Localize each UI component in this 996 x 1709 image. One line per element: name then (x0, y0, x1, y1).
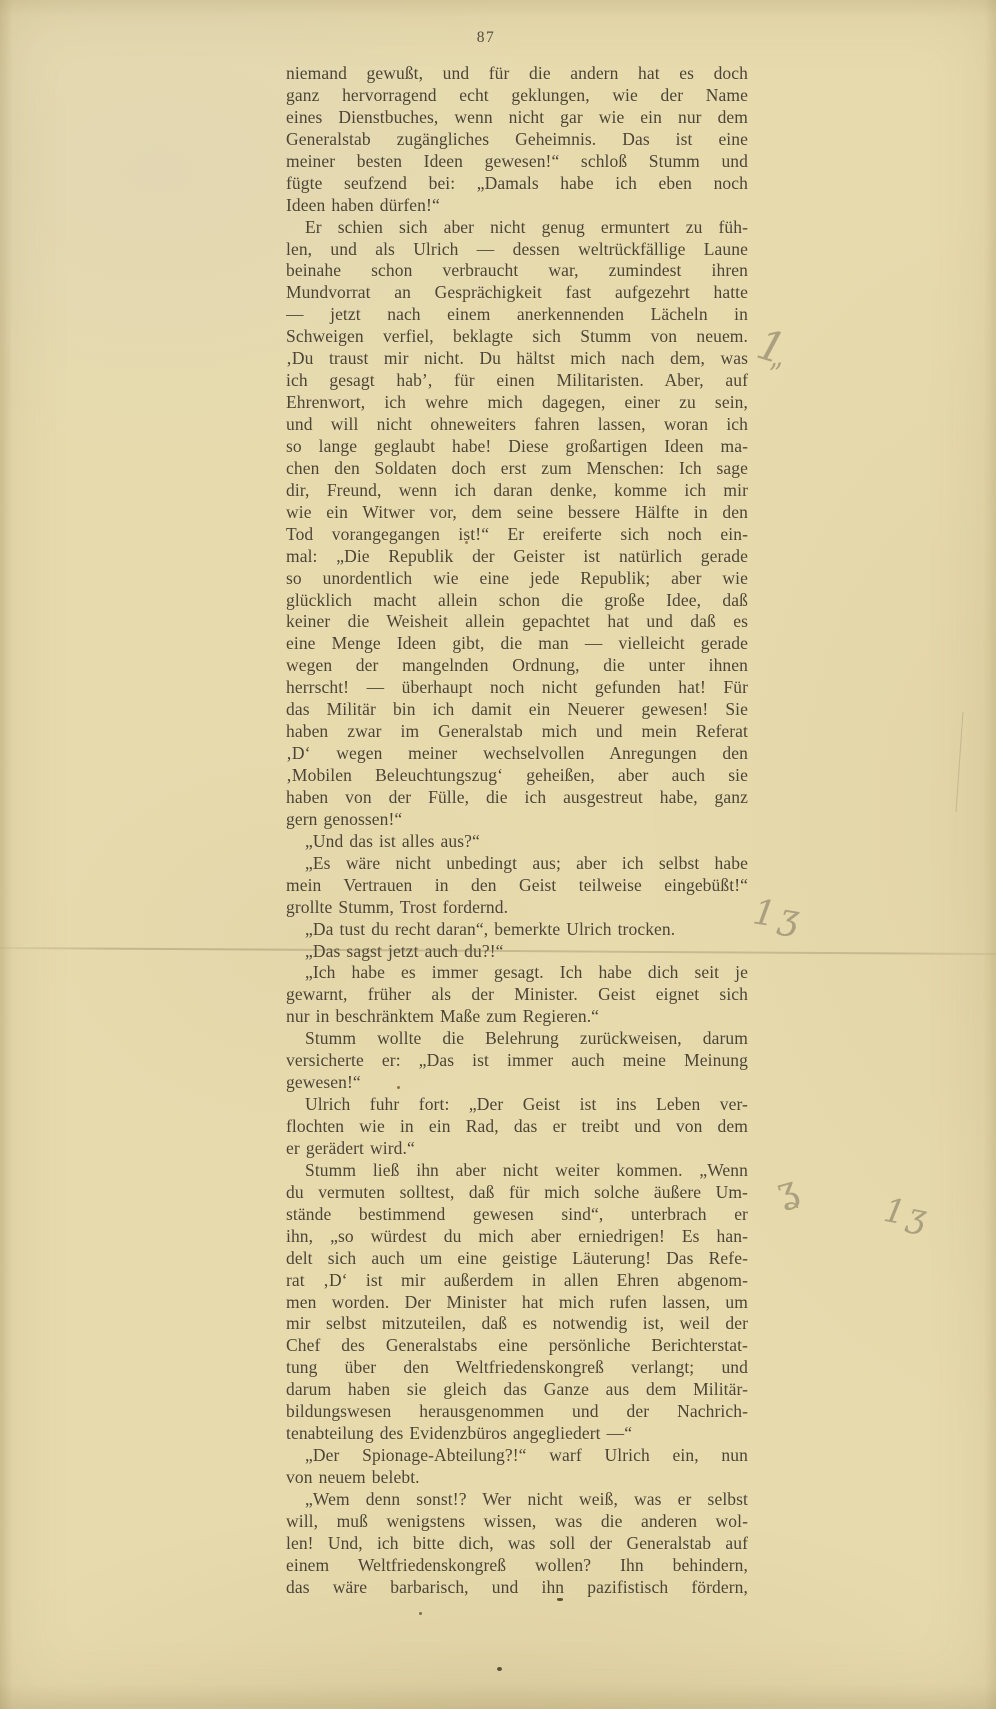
text-line: „Und das ist alles aus?“ (286, 831, 748, 853)
text-line: ‚Mobilen Beleuchtungszug‘ geheißen, aber… (286, 765, 748, 787)
text-line: eine Menge Ideen gibt, die man — viellei… (286, 633, 748, 655)
text-line: „Ich habe es immer gesagt. Ich habe dich… (286, 962, 748, 984)
text-line: „Wem denn sonst!? Wer nicht weiß, was er… (286, 1489, 748, 1511)
text-line: — jetzt nach einem anerkennenden Lächeln… (286, 304, 748, 326)
text-line: „Es wäre nicht unbedingt aus; aber ich s… (286, 853, 748, 875)
text-block: niemand gewußt, und für die andern hat e… (286, 63, 748, 1599)
text-line: glücklich macht allein schon die große I… (286, 590, 748, 612)
text-line: will, muß wenigstens wissen, was die and… (286, 1511, 748, 1533)
text-line: keiner die Weisheit allein gepachtet hat… (286, 611, 748, 633)
text-line: meiner besten Ideen gewesen!“ schloß Stu… (286, 151, 748, 173)
pencil-mark-icon: 1 (751, 319, 791, 374)
text-line: Er schien sich aber nicht genug ermunter… (286, 217, 748, 239)
text-line: gewarnt, früher als der Minister. Geist … (286, 984, 748, 1006)
paper-scratch (956, 712, 964, 812)
text-line: flochten wie in ein Rad, das er treibt u… (286, 1116, 748, 1138)
text-line: mein Vertrauen in den Geist teilweise ei… (286, 875, 748, 897)
text-line: mal: „Die Republik der Geister ist natür… (286, 546, 748, 568)
text-line: „Der Spionage-Abteilung?!“ warf Ulrich e… (286, 1445, 748, 1467)
text-line: eines Dienstbuches, wenn nicht gar wie e… (286, 107, 748, 129)
text-line: Ideen haben dürfen!“ (286, 195, 748, 217)
scanned-book-page: { "page": { "number": "87", "paper_color… (0, 0, 996, 1709)
text-line: fügte seufzend bei: „Damals habe ich ebe… (286, 173, 748, 195)
text-line: tung über den Weltfriedenskongreß verlan… (286, 1357, 748, 1379)
text-line: Tod vorangegangen ist!“ Er ereiferte sic… (286, 524, 748, 546)
text-line: rat ‚D‘ ist mir außerdem in allen Ehren … (286, 1270, 748, 1292)
text-line: ihn, „so würdest du mich aber erniedrige… (286, 1226, 748, 1248)
text-line: chen den Soldaten doch erst zum Menschen… (286, 458, 748, 480)
text-line: so unordentlich wie eine jede Republik; … (286, 568, 748, 590)
text-line: Chef des Generalstabs eine persönliche B… (286, 1335, 748, 1357)
text-line: so lange geglaubt habe! Diese großartige… (286, 436, 748, 458)
text-line: len, und als Ulrich — dessen weltrückfäl… (286, 239, 748, 261)
pencil-mark-icon: ʓ (772, 1168, 803, 1213)
text-line: darum haben sie gleich das Ganze aus dem… (286, 1379, 748, 1401)
text-line: nur in beschränktem Maße zum Regieren.“ (286, 1006, 748, 1028)
text-line: das wäre barbarisch, und ihn pazifistisc… (286, 1577, 748, 1599)
text-line: er gerädert wird.“ (286, 1138, 748, 1160)
page-number: 87 (286, 29, 686, 47)
text-line: wegen der mangelnden Ordnung, die unter … (286, 655, 748, 677)
text-line: gern genossen!“ (286, 809, 748, 831)
text-line: haben von der Fülle, die ich ausgestreut… (286, 787, 748, 809)
text-line: und will nicht ohneweiters fahren lassen… (286, 414, 748, 436)
pencil-mark-icon: 1ʒ (750, 892, 806, 939)
text-line: beinahe schon verbraucht war, zumindest … (286, 260, 748, 282)
text-line: das Militär bin ich damit ein Neuerer ge… (286, 699, 748, 721)
text-line: „Das sagst jetzt auch du?!“ (286, 941, 748, 963)
pencil-mark-icon: „ (766, 339, 784, 373)
text-line: einem Weltfriedenskongreß wollen? Ihn be… (286, 1555, 748, 1577)
text-line: Stumm wollte die Belehrung zurückweisen,… (286, 1028, 748, 1050)
text-line: herrscht! — überhaupt noch nicht gefunde… (286, 677, 748, 699)
text-line: gewesen!“ (286, 1072, 748, 1094)
text-line: dir, Freund, wenn ich daran denke, komme… (286, 480, 748, 502)
text-line: Ulrich fuhr fort: „Der Geist ist ins Leb… (286, 1094, 748, 1116)
text-line: mir selbst mitzuteilen, daß es notwendig… (286, 1313, 748, 1335)
text-line: Mundvorrat an Gesprächigkeit fast aufgez… (286, 282, 748, 304)
text-line: Generalstab zugängliches Geheimnis. Das … (286, 129, 748, 151)
text-line: len! Und, ich bitte dich, was soll der G… (286, 1533, 748, 1555)
text-line: grollte Stumm, Trost fordernd. (286, 897, 748, 919)
text-line: bildungswesen herausgenommen und der Nac… (286, 1401, 748, 1423)
text-line: delt sich auch um eine geistige Läuterun… (286, 1248, 748, 1270)
text-line: wie ein Witwer vor, dem seine bessere Hä… (286, 502, 748, 524)
text-line: ‚D‘ wegen meiner wechselvollen Anregunge… (286, 743, 748, 765)
paper-speck (419, 1612, 422, 1615)
text-line: ich gesagt hab’, für einen Militaristen.… (286, 370, 748, 392)
text-line: tenabteilung des Evidenzbüros angegliede… (286, 1423, 748, 1445)
text-line: stände bestimmend gewesen sind“, unterbr… (286, 1204, 748, 1226)
text-line: „Da tust du recht daran“, bemerkte Ulric… (286, 919, 748, 941)
text-line: ganz hervorragend echt geklungen, wie de… (286, 85, 748, 107)
paper-speck (497, 1667, 502, 1671)
text-line: Stumm ließ ihn aber nicht weiter kommen.… (286, 1160, 748, 1182)
text-line: versicherte er: „Das ist immer auch mein… (286, 1050, 748, 1072)
text-line: Ehrenwort, ich wehre mich dagegen, einer… (286, 392, 748, 414)
text-line: haben zwar im Generalstab mich und mein … (286, 721, 748, 743)
text-line: ‚Du traust mir nicht. Du hältst mich nac… (286, 348, 748, 370)
text-line: niemand gewußt, und für die andern hat e… (286, 63, 748, 85)
text-line: Schweigen verfiel, beklagte sich Stumm v… (286, 326, 748, 348)
pencil-mark-icon: 1ʒ (881, 1190, 933, 1237)
text-line: men worden. Der Minister hat mich rufen … (286, 1292, 748, 1314)
text-line: du vermuten solltest, daß für mich solch… (286, 1182, 748, 1204)
text-line: von neuem belebt. (286, 1467, 748, 1489)
